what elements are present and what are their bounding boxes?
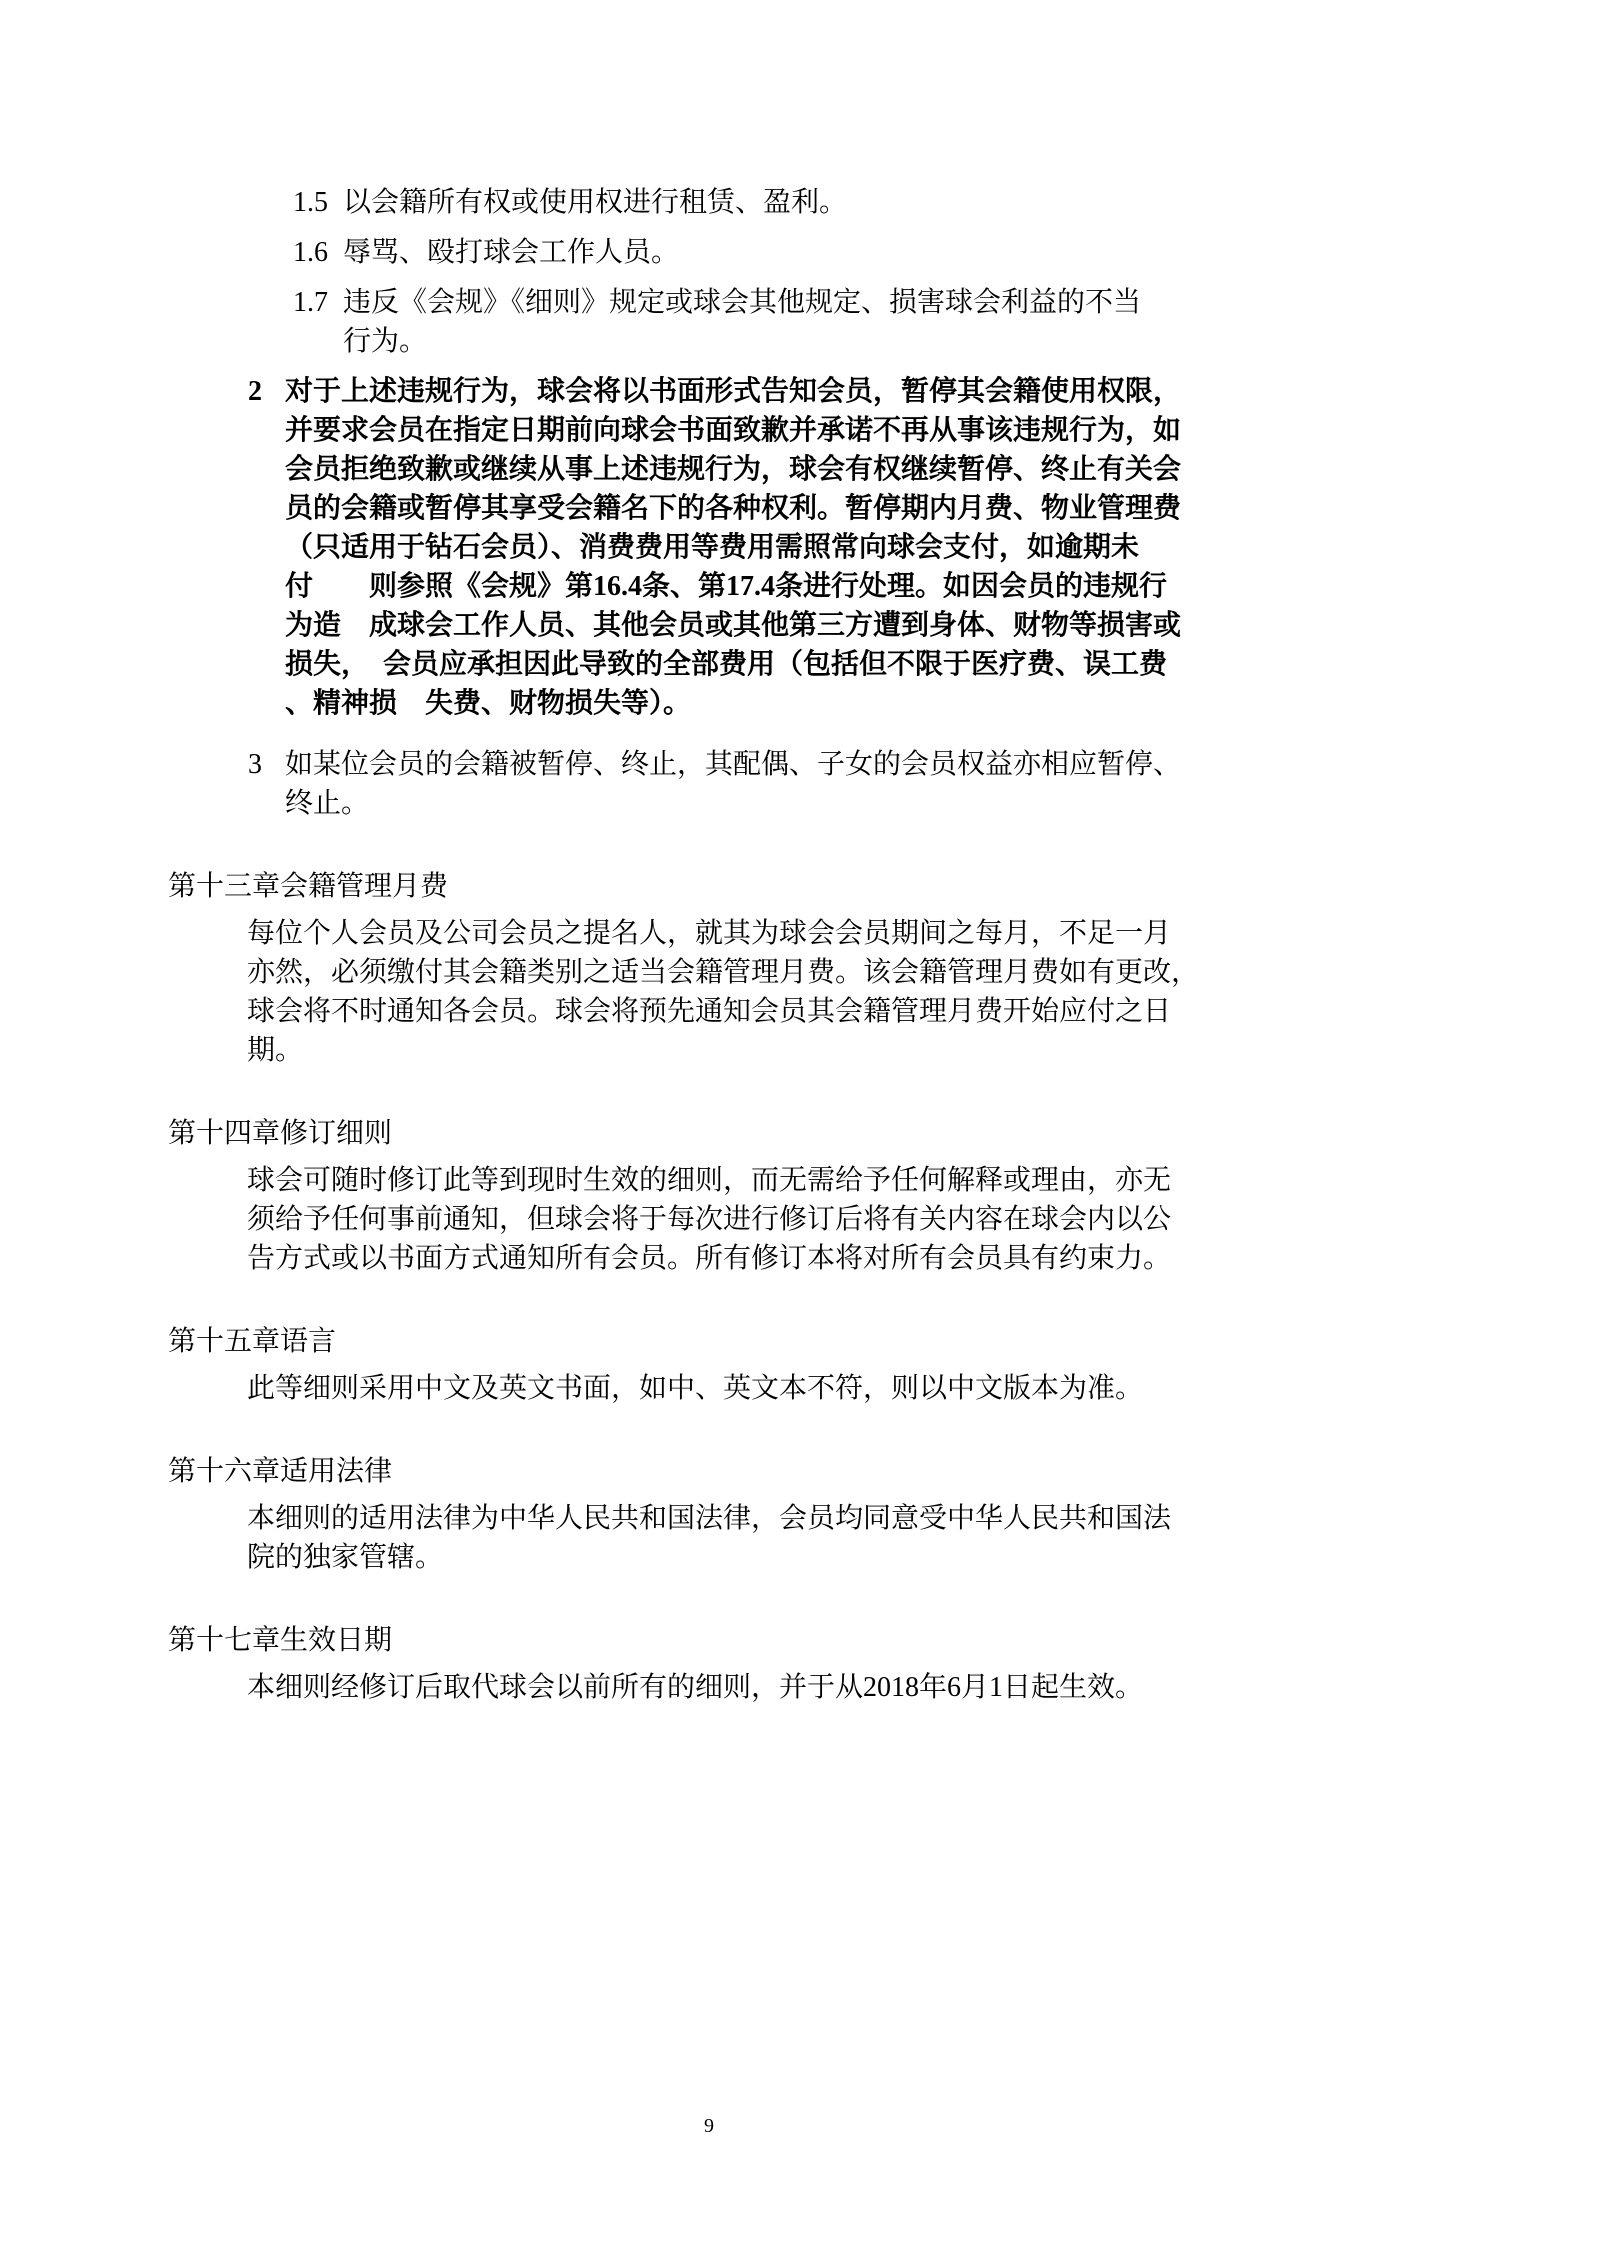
- item-number: 1.5: [293, 183, 343, 222]
- page-number: 9: [704, 2112, 714, 2140]
- chapter-title: 第十六章适用法律: [168, 1452, 1318, 1491]
- chapter-title: 第十七章生效日期: [168, 1621, 1318, 1660]
- chapter-body: 此等细则采用中文及英文书面，如中、英文本不符，则以中文版本为准。: [247, 1369, 1318, 1408]
- document-page: 1.5 以会籍所有权或使用权进行租赁、盈利。 1.6 辱骂、殴打球会工作人员。 …: [0, 0, 1600, 2262]
- violation-item-2: 2 对于上述违规行为，球会将以书面形式告知会员，暂停其会籍使用权限， 并要求会员…: [248, 372, 1318, 723]
- violation-sub-item-1-6: 1.6 辱骂、殴打球会工作人员。: [293, 233, 1318, 272]
- chapter-17: 第十七章生效日期 本细则经修订后取代球会以前所有的细则，并于从2018年6月1日…: [168, 1621, 1318, 1707]
- item-text: 辱骂、殴打球会工作人员。: [343, 233, 679, 272]
- item-number: 1.6: [293, 233, 343, 272]
- item-number: 3: [248, 745, 285, 823]
- item-text: 对于上述违规行为，球会将以书面形式告知会员，暂停其会籍使用权限， 并要求会员在指…: [285, 372, 1181, 723]
- violation-sub-item-1-5: 1.5 以会籍所有权或使用权进行租赁、盈利。: [293, 183, 1318, 222]
- chapter-body: 每位个人会员及公司会员之提名人，就其为球会会员期间之每月，不足一月 亦然，必须缴…: [247, 914, 1318, 1070]
- chapter-14: 第十四章修订细则 球会可随时修订此等到现时生效的细则，而无需给予任何解释或理由，…: [168, 1114, 1318, 1278]
- chapter-15: 第十五章语言 此等细则采用中文及英文书面，如中、英文本不符，则以中文版本为准。: [168, 1322, 1318, 1408]
- item-number: 1.7: [293, 283, 343, 361]
- chapter-13: 第十三章会籍管理月费 每位个人会员及公司会员之提名人，就其为球会会员期间之每月，…: [168, 867, 1318, 1070]
- chapter-16: 第十六章适用法律 本细则的适用法律为中华人民共和国法律，会员均同意受中华人民共和…: [168, 1452, 1318, 1577]
- chapter-body: 本细则的适用法律为中华人民共和国法律，会员均同意受中华人民共和国法 院的独家管辖…: [247, 1499, 1318, 1577]
- page-content: 1.5 以会籍所有权或使用权进行租赁、盈利。 1.6 辱骂、殴打球会工作人员。 …: [168, 183, 1318, 1707]
- item-number: 2: [248, 372, 285, 723]
- violation-sub-item-1-7: 1.7 违反《会规》《细则》规定或球会其他规定、损害球会利益的不当 行为。: [293, 283, 1318, 361]
- item-text: 违反《会规》《细则》规定或球会其他规定、损害球会利益的不当 行为。: [343, 283, 1141, 361]
- violation-item-3: 3 如某位会员的会籍被暂停、终止，其配偶、子女的会员权益亦相应暂停、 终止。: [248, 745, 1318, 823]
- chapter-body: 本细则经修订后取代球会以前所有的细则，并于从2018年6月1日起生效。: [247, 1668, 1318, 1707]
- chapter-title: 第十五章语言: [168, 1322, 1318, 1361]
- chapter-title: 第十四章修订细则: [168, 1114, 1318, 1153]
- item-text: 如某位会员的会籍被暂停、终止，其配偶、子女的会员权益亦相应暂停、 终止。: [285, 745, 1181, 823]
- chapter-body: 球会可随时修订此等到现时生效的细则，而无需给予任何解释或理由，亦无 须给予任何事…: [247, 1161, 1318, 1278]
- chapter-title: 第十三章会籍管理月费: [168, 867, 1318, 906]
- item-text: 以会籍所有权或使用权进行租赁、盈利。: [343, 183, 847, 222]
